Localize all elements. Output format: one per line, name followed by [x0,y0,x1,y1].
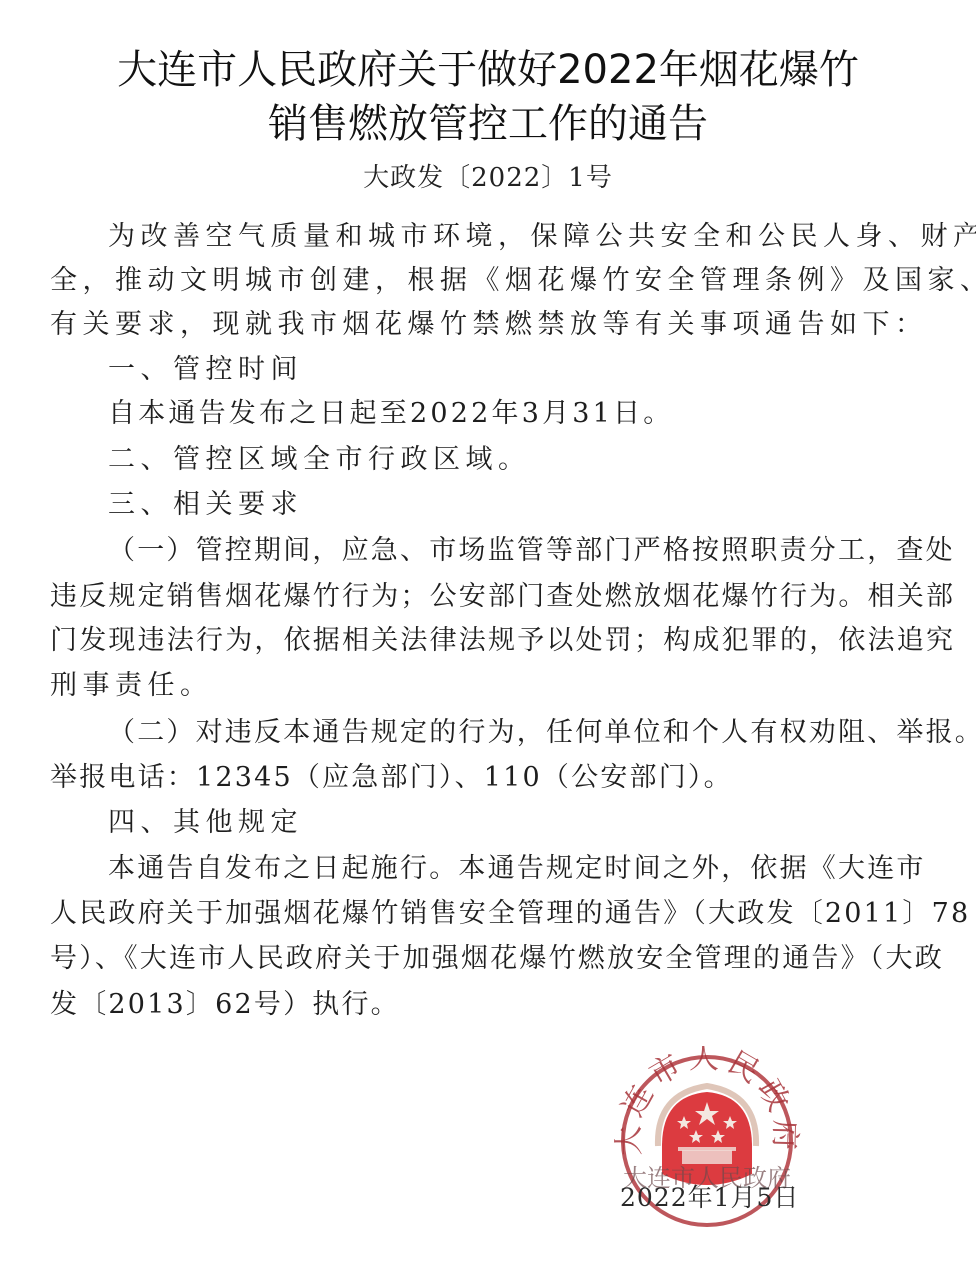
section-1-content: 自本通告发布之日起至2022年3月31日。 [108,392,976,436]
item-1-line-1: （一）管控期间，应急、市场监管等部门严格按照职责分工，查处 [108,529,976,573]
section-4-line-1: 本通告自发布之日起施行。本通告规定时间之外，依据《大连市 [108,847,976,891]
item-2-hotline: 举报电话：12345（应急部门）、110（公安部门）。 [50,756,940,800]
section-4-line-2: 人民政府关于加强烟花爆竹销售安全管理的通告》（大政发〔2011〕78 [50,892,940,936]
item-2-line-1: （二）对违反本通告规定的行为，任何单位和个人有权劝阻、举报。 [108,711,976,755]
issue-date: 2022年1月5日 [620,1180,799,1216]
section-heading-3: 三、相关要求 [108,483,976,527]
item-1-line-3: 门发现违法行为，依据相关法律法规予以处罚；构成犯罪的，依法追究 [50,619,940,663]
paragraph-intro-line-2: 全，推动文明城市创建，根据《烟花爆竹安全管理条例》及国家、省 [50,259,940,303]
item-1-line-4: 刑事责任。 [50,664,940,708]
paragraph-intro-line-1: 为改善空气质量和城市环境，保障公共安全和公民人身、财产安 [108,215,976,259]
document-number: 大政发〔2022〕1号 [0,158,976,198]
paragraph-intro-line-3: 有关要求，现就我市烟花爆竹禁燃禁放等有关事项通告如下： [50,303,940,347]
section-4-line-4: 发〔2013〕62号）执行。 [50,983,940,1027]
section-4-line-3: 号）、《大连市人民政府关于加强烟花爆竹燃放安全管理的通告》（大政 [50,937,940,981]
item-1-line-2: 违反规定销售烟花爆竹行为；公安部门查处燃放烟花爆竹行为。相关部 [50,575,940,619]
section-heading-2: 二、管控区域全市行政区域。 [108,438,976,482]
document-title-line-1: 大连市人民政府关于做好2022年烟花爆竹 [0,44,976,96]
section-heading-1: 一、管控时间 [108,348,976,392]
section-heading-4: 四、其他规定 [108,801,976,845]
document-title-line-2: 销售燃放管控工作的通告 [0,98,976,150]
